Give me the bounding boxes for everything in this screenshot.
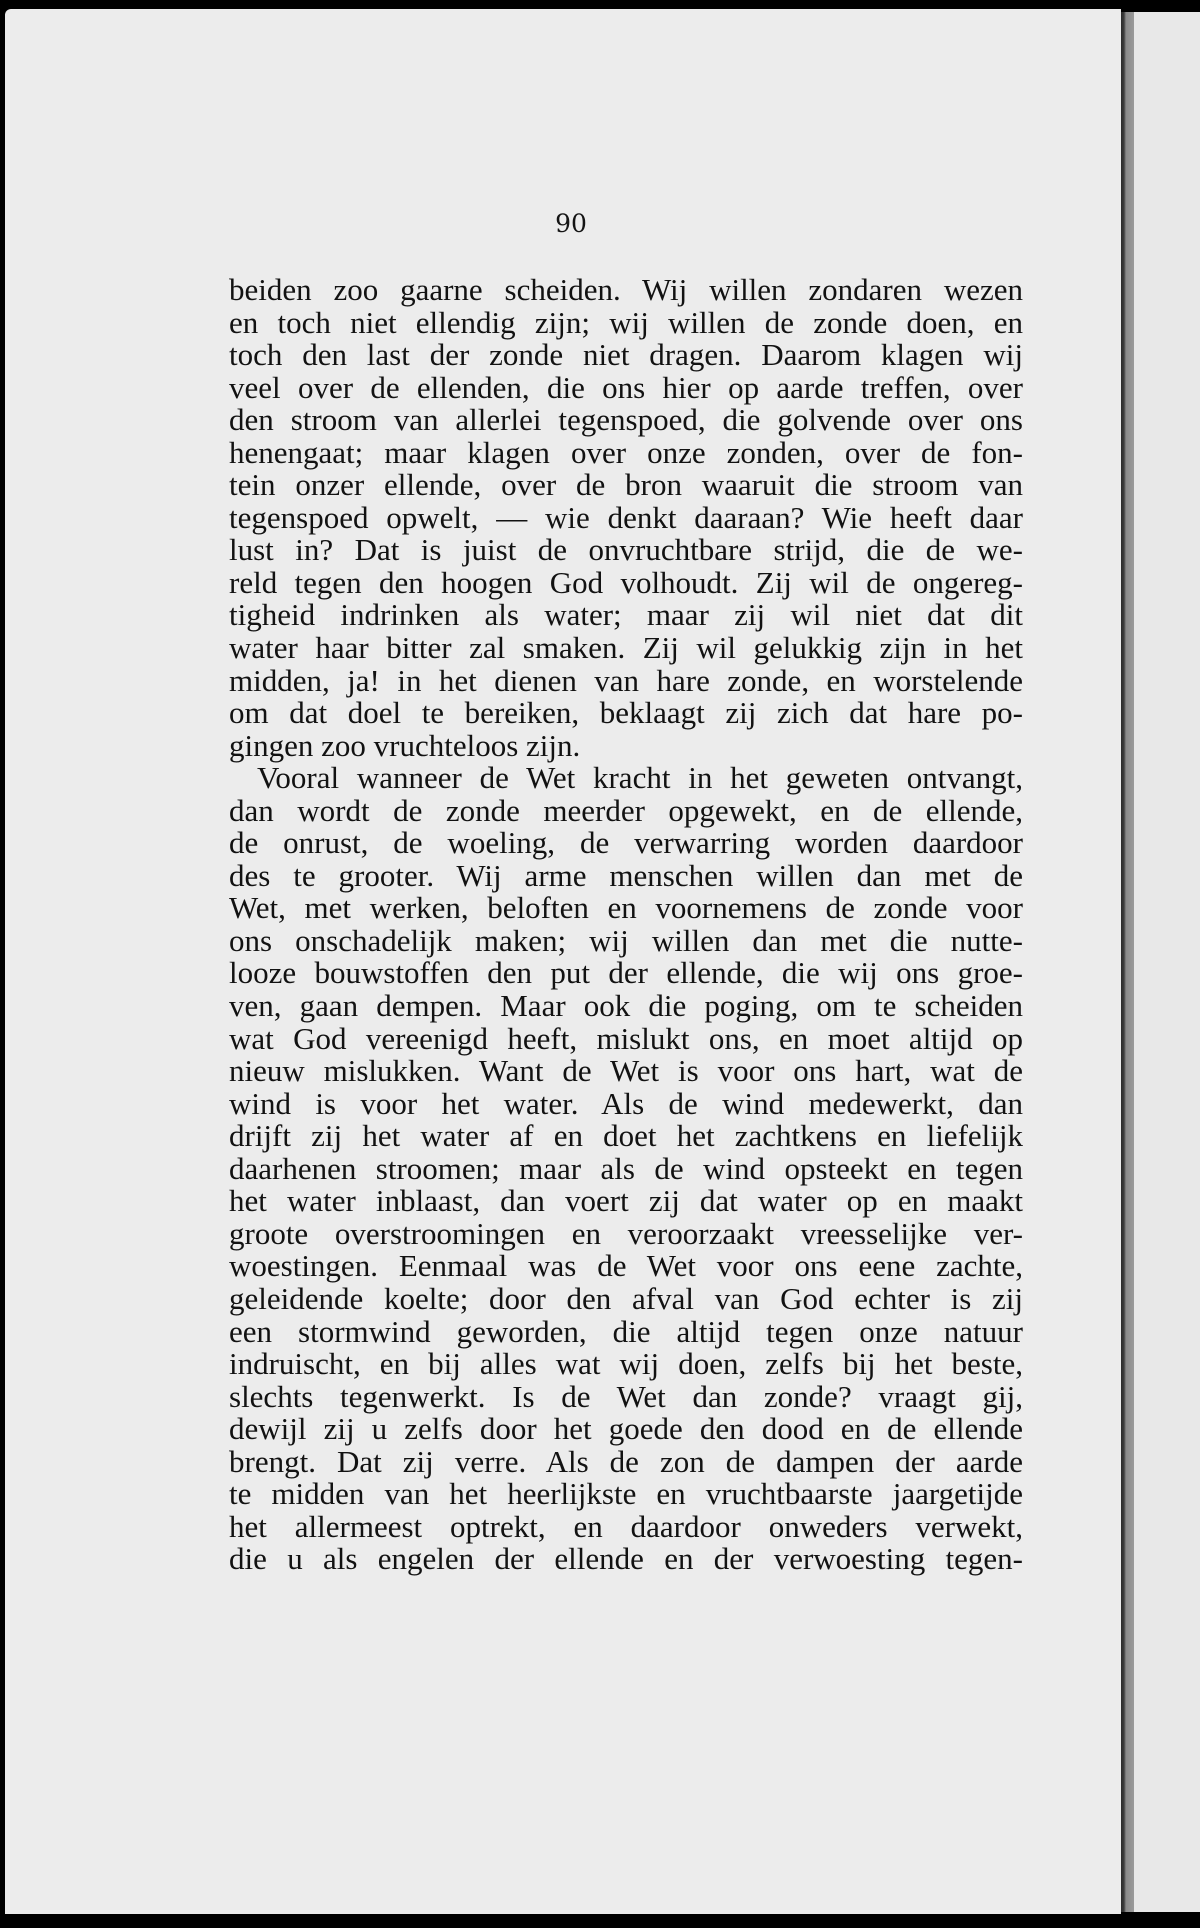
text-line: dan wordt de zonde meerder opgewekt, en … — [229, 795, 1023, 828]
text-line: groote overstroomingen en veroorzaakt vr… — [229, 1218, 1023, 1251]
text-line: nieuw mislukken. Want de Wet is voor ons… — [229, 1055, 1023, 1088]
text-line: het allermeest optrekt, en daardoor onwe… — [229, 1511, 1023, 1544]
text-line: wind is voor het water. Als de wind mede… — [229, 1088, 1023, 1121]
text-line: die u als engelen der ellende en der ver… — [229, 1543, 1023, 1576]
text-line: midden, ja! in het dienen van hare zonde… — [229, 665, 1023, 698]
text-line: water haar bitter zal smaken. Zij wil ge… — [229, 632, 1023, 665]
body-text: beiden zoo gaarne scheiden. Wij willen z… — [229, 274, 1023, 1576]
scanned-book-spread: 90 beiden zoo gaarne scheiden. Wij wille… — [0, 0, 1200, 1928]
text-line: toch den last der zonde niet dragen. Daa… — [229, 339, 1023, 372]
text-line: tigheid indrinken als water; maar zij wi… — [229, 599, 1023, 632]
text-line: woestingen. Eenmaal was de Wet voor ons … — [229, 1250, 1023, 1283]
text-line: slechts tegenwerkt. Is de Wet dan zonde?… — [229, 1381, 1023, 1414]
text-line: beiden zoo gaarne scheiden. Wij willen z… — [229, 274, 1023, 307]
text-line: Wet, met werken, beloften en voornemens … — [229, 892, 1023, 925]
book-page-left: 90 beiden zoo gaarne scheiden. Wij wille… — [5, 9, 1121, 1914]
text-line: tegenspoed opwelt, — wie denkt daaraan? … — [229, 502, 1023, 535]
text-line: om dat doel te bereiken, beklaagt zij zi… — [229, 697, 1023, 730]
paragraph-end-line: gingen zoo vruchteloos zijn. — [229, 730, 1023, 763]
page-number-text: 90 — [555, 209, 587, 238]
text-line: de onrust, de woeling, de verwarring wor… — [229, 827, 1023, 860]
paragraph-start-line: Vooral wanneer de Wet kracht in het gewe… — [229, 762, 1023, 795]
page-number: 90 — [5, 209, 1121, 238]
book-gutter — [1121, 12, 1134, 1912]
text-line: des te grooter. Wij arme menschen willen… — [229, 860, 1023, 893]
text-line: ven, gaan dempen. Maar ook die poging, o… — [229, 990, 1023, 1023]
text-line: reld tegen den hoogen God volhoudt. Zij … — [229, 567, 1023, 600]
text-line: drijft zij het water af en doet het zach… — [229, 1120, 1023, 1153]
text-line: ons onschadelijk maken; wij willen dan m… — [229, 925, 1023, 958]
text-line: geleidende koelte; door den afval van Go… — [229, 1283, 1023, 1316]
text-line: indruischt, en bij alles wat wij doen, z… — [229, 1348, 1023, 1381]
text-line: henengaat; maar klagen over onze zonden,… — [229, 437, 1023, 470]
text-line: brengt. Dat zij verre. Als de zon de dam… — [229, 1446, 1023, 1479]
text-line: tein onzer ellende, over de bron waaruit… — [229, 469, 1023, 502]
text-line: dewijl zij u zelfs door het goede den do… — [229, 1413, 1023, 1446]
text-line: en toch niet ellendig zijn; wij willen d… — [229, 307, 1023, 340]
text-line: den stroom van allerlei tegenspoed, die … — [229, 404, 1023, 437]
text-line: daarhenen stroomen; maar als de wind ops… — [229, 1153, 1023, 1186]
text-line: wat God vereenigd heeft, mislukt ons, en… — [229, 1023, 1023, 1056]
text-line: te midden van het heerlijkste en vruchtb… — [229, 1478, 1023, 1511]
text-line: het water inblaast, dan voert zij dat wa… — [229, 1185, 1023, 1218]
text-line: looze bouwstoffen den put der ellende, d… — [229, 957, 1023, 990]
text-line: lust in? Dat is juist de onvruchtbare st… — [229, 534, 1023, 567]
text-line: een stormwind geworden, die altijd tegen… — [229, 1316, 1023, 1349]
text-line: veel over de ellenden, die ons hier op a… — [229, 372, 1023, 405]
book-page-right-edge — [1134, 12, 1200, 1912]
